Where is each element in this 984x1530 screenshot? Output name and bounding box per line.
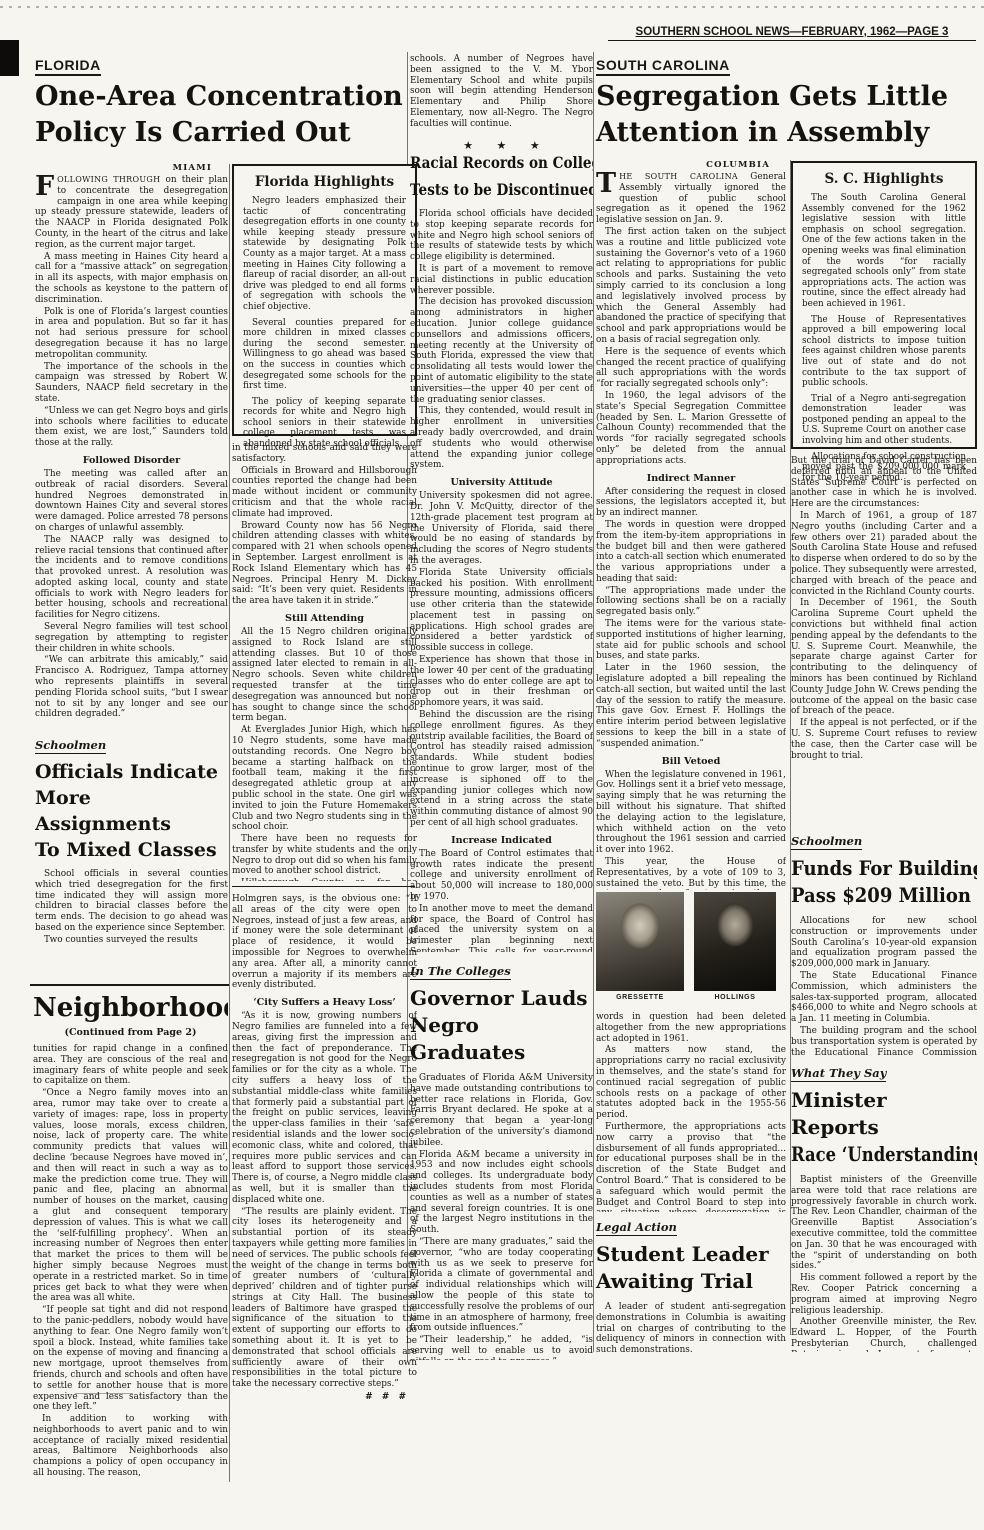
kicker: Schoolmen [35,738,106,754]
column-rule [593,52,594,1352]
kicker: Schoolmen [791,834,862,850]
carter-trial-continuation: But the trial of David Carter has been d… [791,456,977,824]
photo-caption: GRESSETTE [596,994,684,1001]
paragraph: School officials in several counties whi… [35,869,228,934]
subhead: Followed Disorder [35,455,228,466]
paragraph: If the appeal is not perfected, or if th… [791,718,977,761]
paragraph: “The appropriations made under the follo… [596,586,786,618]
paragraph: “The results are plainly evident. The ci… [232,1207,417,1391]
paragraph: Later in the 1960 session, the legislatu… [596,663,786,749]
neighborhoods-article: Neighborhoods (Continued from Page 2) tu… [33,992,228,1492]
minister-article: What They Say Minister Reports Race ‘Und… [791,1062,977,1352]
paragraph: This, they contended, would result in hi… [410,406,593,471]
paragraph: A leader of student anti-segregation dem… [596,1302,786,1356]
paragraph: “Their leadership,” he added, “is servin… [410,1335,593,1360]
photo-caption: HOLLINGS [694,994,776,1001]
paragraph: His comment followed a report by the Rev… [791,1273,977,1316]
paragraph: As matters now stand, the appropriations… [596,1045,786,1121]
headline-line: Funds For Building [791,855,958,882]
paragraph: All the 15 Negro children originally ass… [232,627,417,724]
subhead: Increase Indicated [410,835,593,846]
paragraph: The South Carolina General Assembly conv… [802,193,966,310]
paragraph: Two counties surveyed the results [35,935,228,946]
subhead: University Attitude [410,477,593,488]
florida-highlights-box: Florida Highlights Negro leaders emphasi… [232,164,417,436]
drop-cap: T [596,172,619,195]
headline-line: Negro Graduates [410,1012,593,1066]
gressette-portrait-photo [596,892,684,991]
paragraph: In another move to meet the demand for s… [410,904,593,952]
paragraph: University spokesmen did not agree. Dr. … [410,491,593,567]
neighborhoods-headline: Neighborhoods [33,992,228,1024]
headline-line: Minister Reports [791,1087,977,1141]
funds-article: Schoolmen Funds For Building Pass $209 M… [791,830,977,1055]
paragraph: In 1960, the legal advisors of the state… [596,391,786,467]
florida-article-body: MIAMI FOLLOWING THROUGH on their plan to… [35,163,228,733]
neighborhoods-continuation: Holmgren says, is the obvious one: “If a… [232,894,417,1454]
paragraph: “Once a Negro family moves into an area,… [33,1088,228,1304]
paragraph: Polk is one of Florida’s largest countie… [35,307,228,361]
headline-line: To Mixed Classes [35,837,228,863]
scan-dotted-line [0,6,984,8]
paragraph: Allocations for new school construction … [791,916,977,970]
south-carolina-headline: Segregation Gets Little Attention in Ass… [596,79,981,151]
paragraph: Florida A&M became a university in 1953 … [410,1150,593,1236]
headline-line: Student Leader [596,1241,786,1268]
lead-paragraph: FOLLOWING THROUGH on their plan to conce… [35,175,228,251]
paragraph: The building program and the school bus … [791,1026,977,1055]
paragraph: In March of 1961, a group of 187 Negro y… [791,511,977,597]
paragraph: Hillsborough County so far has admitted … [232,878,417,881]
paragraph: At Everglades Junior High, which has 10 … [232,725,417,833]
masthead: SOUTHERN SCHOOL NEWS—FEBRUARY, 1962—PAGE… [608,26,976,41]
headline-line: Awaiting Trial [596,1268,786,1295]
lead-paragraph: THE SOUTH CAROLINA General Assembly virt… [596,172,786,226]
kicker: In The Colleges [410,964,511,980]
paragraph: The House of Representatives approved a … [802,315,966,389]
paragraph: The words in question were dropped from … [596,520,786,585]
paragraph: Trial of a Negro anti-segregation demons… [802,394,966,447]
paragraph: schools. A number of Negroes have been a… [410,54,593,130]
paragraph: In addition to working with neighborhood… [33,1414,228,1479]
paragraph: In December of 1961, the South Carolina … [791,598,977,717]
paragraph: Florida State University officials backe… [410,568,593,654]
paragraph: The NAACP rally was designed to relieve … [35,535,228,621]
racial-records-article: Racial Records on College Tests to be Di… [410,152,593,952]
paragraph: A mass meeting in Haines City heard a ca… [35,252,228,306]
paragraph: The meeting was called after an outbreak… [35,469,228,534]
headline-line: Racial Records on College [410,152,566,174]
student-leader-article: Legal Action Student Leader Awaiting Tri… [596,1216,786,1357]
paragraph: Experience has shown that those in the l… [410,655,593,709]
paragraph: Broward County now has 56 Negro children… [232,521,417,607]
scan-ink-blob [0,40,19,76]
paragraph: Here is the sequence of events which cha… [596,347,786,390]
sc-highlights-box: S. C. Highlights The South Carolina Gene… [791,161,977,449]
column-rule [229,164,230,1482]
officials-article: Schoolmen Officials Indicate More Assign… [35,734,228,982]
drop-cap: F [35,175,57,198]
end-mark: # # # [232,1392,417,1402]
paragraph: It is part of a movement to remove racia… [410,264,593,296]
paragraph: Furthermore, the appropriations acts now… [596,1122,786,1212]
headline-line: Officials Indicate [35,759,228,785]
dateline: MIAMI [35,163,228,173]
paragraph: “As it is now, growing numbers of Negro … [232,1011,417,1205]
headline-line: Policy Is Carried Out [35,115,415,151]
florida-headline: One-Area Concentration Policy Is Carried… [35,79,415,151]
paragraph: The policy of keeping separate records f… [243,397,406,450]
kicker: Legal Action [596,1220,677,1236]
paragraph: The Board of Control estimates that grow… [410,849,593,903]
headline-line: Pass $209 Million [791,882,958,909]
headline-line: One-Area Concentration [35,79,415,115]
south-carolina-article-body: COLUMBIA THE SOUTH CAROLINA General Asse… [596,160,786,890]
paragraph: Behind the discussion are the rising col… [410,710,593,829]
south-carolina-article-continuation: words in question had been deleted altog… [596,1012,786,1212]
paragraph: Florida school officials have decided to… [410,209,593,263]
paragraph: in the mixed schools and said they were … [232,443,417,465]
section-rule [30,984,229,986]
ybor-continuation: schools. A number of Negroes have been a… [410,54,593,152]
hollings-portrait-photo [694,892,776,991]
kicker: What They Say [791,1066,886,1082]
paragraph: tunities for rapid change in a confined … [33,1044,228,1087]
paragraph: Negro leaders emphasized their tactic of… [243,196,406,313]
paragraph: Several Negro families will test school … [35,622,228,654]
officials-article-continuation: in the mixed schools and said they were … [232,443,417,881]
subhead: Indirect Manner [596,473,786,484]
paragraph: Several counties prepared for more child… [243,318,406,392]
paragraph: The decision has provoked discussion amo… [410,297,593,405]
paragraph: The items were for the various state-sup… [596,619,786,662]
south-carolina-section-label: SOUTH CAROLINA [596,55,730,76]
paragraph: The importance of the schools in the cam… [35,362,228,405]
officials-headline: Officials Indicate More Assignments To M… [35,759,228,863]
paragraph: Another Greenville minister, the Rev. Ed… [791,1317,977,1352]
star-divider: ★ ★ ★ [410,139,593,152]
paragraph: When the legislature convened in 1961, G… [596,770,786,856]
governor-article: In The Colleges Governor Lauds Negro Gra… [410,960,593,1360]
paragraph: “Unless we can get Negro boys and girls … [35,406,228,449]
paragraph: Baptist ministers of the Greenville area… [791,1175,977,1272]
paragraph: Holmgren says, is the obvious one: “If a… [232,894,417,991]
paragraph: This year, the House of Representatives,… [596,857,786,890]
box-title: S. C. Highlights [802,171,966,187]
headline-line: Attention in Assembly [596,115,981,151]
subhead: ‘City Suffers a Heavy Loss’ [232,997,417,1008]
paragraph: “If people sat tight and did not respond… [33,1305,228,1413]
paragraph: “There are many graduates,” said the gov… [410,1237,593,1334]
headline-line: Governor Lauds [410,985,593,1012]
paragraph: Officials in Broward and Hillsborough co… [232,466,417,520]
paragraph: “We can arbitrate this amicably,” said F… [35,655,228,720]
florida-section-label: FLORIDA [35,55,101,76]
subhead: Bill Vetoed [596,756,786,767]
headline-line: More Assignments [35,785,228,837]
subhead: Still Attending [232,613,417,624]
paragraph: The State Educational Finance Commission… [791,971,977,1025]
paragraph: After considering the request in closed … [596,487,786,519]
paragraph: But the trial of David Carter has been d… [791,456,977,510]
newspaper-page: SOUTHERN SCHOOL NEWS—FEBRUARY, 1962—PAGE… [0,0,984,1530]
paragraph: The first action taken on the subject wa… [596,227,786,346]
headline-line: Race ‘Understanding’ [791,1141,944,1168]
paragraph: words in question had been deleted altog… [596,1012,786,1044]
continued-note: (Continued from Page 2) [33,1027,228,1038]
box-title: Florida Highlights [243,174,406,190]
paragraph: Graduates of Florida A&M University have… [410,1073,593,1149]
headline-line: Tests to be Discontinued [410,179,566,201]
dateline: COLUMBIA [596,160,786,170]
headline-line: Segregation Gets Little [596,79,981,115]
paragraph: There have been no requests for transfer… [232,834,417,877]
section-rule [232,886,415,887]
